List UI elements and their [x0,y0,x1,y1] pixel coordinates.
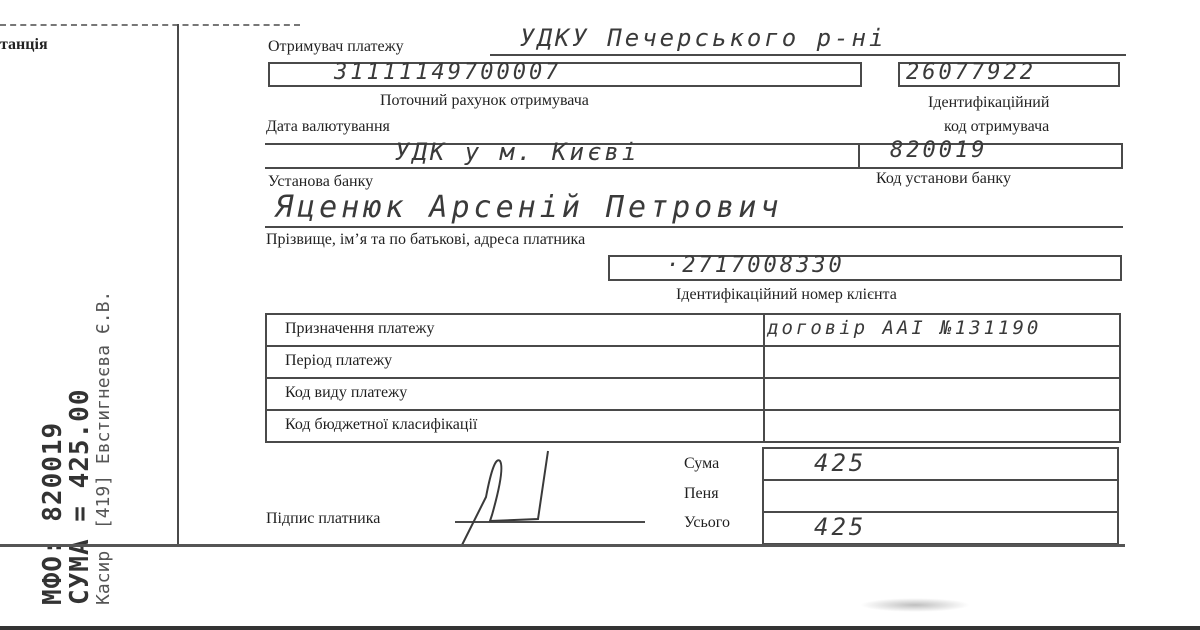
table-row-period: Період платежу [267,347,1119,379]
recipient-label: Отримувач платежу [268,38,404,56]
stamp-mfo: МФО: 820019 [40,291,67,605]
cashier-stamp: МФО: 820019 СУМА = 425.00 Касир: [419] Е… [40,291,113,605]
client-id-caption: Ідентифікаційний номер клієнта [676,286,897,304]
table-row-payment-type: Код виду платежу [267,379,1119,411]
sum-label: Сума [684,455,719,473]
bank-code-caption: Код установи банку [876,170,1011,188]
client-id-field[interactable]: ·2717008330 [608,255,1122,281]
totals-box: 425 425 [762,447,1119,545]
budget-code-label: Код бюджетної класифікації [285,416,477,434]
scan-smudge [860,598,970,612]
payer-underline [265,226,1123,228]
total-row: 425 [764,513,1117,545]
recipient-id-value: 26077922 [906,60,1036,85]
recipient-id-field[interactable]: 26077922 [898,62,1120,87]
account-field[interactable]: 31111149700007 [268,62,862,87]
stamp-cashier: Касир: [419] Евстигнеєва Є.В. [95,291,114,605]
penalty-label: Пеня [684,485,719,503]
bank-code-field[interactable]: 820019 [858,143,1123,169]
bank-code-value: 820019 [890,138,987,163]
sum-row: 425 [764,449,1117,481]
recipient-underline [490,54,1126,56]
payment-details-table: Призначення платежу договір ААІ №131190 … [265,313,1121,443]
signature-scribble[interactable] [450,445,560,550]
recipient-value[interactable]: УДКУ Печерського р-ні [520,24,886,52]
account-caption: Поточний рахунок отримувача [380,92,589,110]
recipient-id-caption-1: Ідентифікаційний [928,94,1049,112]
period-label: Період платежу [285,352,392,370]
total-label: Усього [684,514,730,532]
value-date-label: Дата валютування [266,118,390,136]
sum-value[interactable]: 425 [814,449,866,477]
client-id-value: ·2717008330 [666,253,845,278]
stamp-sum: СУМА = 425.00 [67,291,94,605]
table-row-purpose: Призначення платежу договір ААІ №131190 [267,315,1119,347]
total-value[interactable]: 425 [814,513,866,541]
bank-caption: Установа банку [268,173,373,191]
recipient-id-caption-2: код отримувача [944,118,1049,136]
penalty-row [764,481,1117,513]
bank-value[interactable]: УДК у м. Києві [395,138,639,166]
scan-frame-edge [0,626,1200,630]
signature-label: Підпис платника [266,510,380,528]
form-bottom-border [0,544,1125,547]
purpose-label: Призначення платежу [285,320,434,338]
receipt-title: танція [0,36,48,54]
table-row-budget-code: Код бюджетної класифікації [267,411,1119,443]
payment-type-label: Код виду платежу [285,384,407,402]
stub-divider [177,24,179,546]
purpose-value[interactable]: договір ААІ №131190 [767,317,1041,339]
payer-value[interactable]: Яценюк Арсеній Петрович [275,190,782,225]
account-value: 31111149700007 [334,60,561,85]
payer-caption: Прізвище, ім’я та по батькові, адреса пл… [266,231,585,249]
cut-line [0,24,300,26]
